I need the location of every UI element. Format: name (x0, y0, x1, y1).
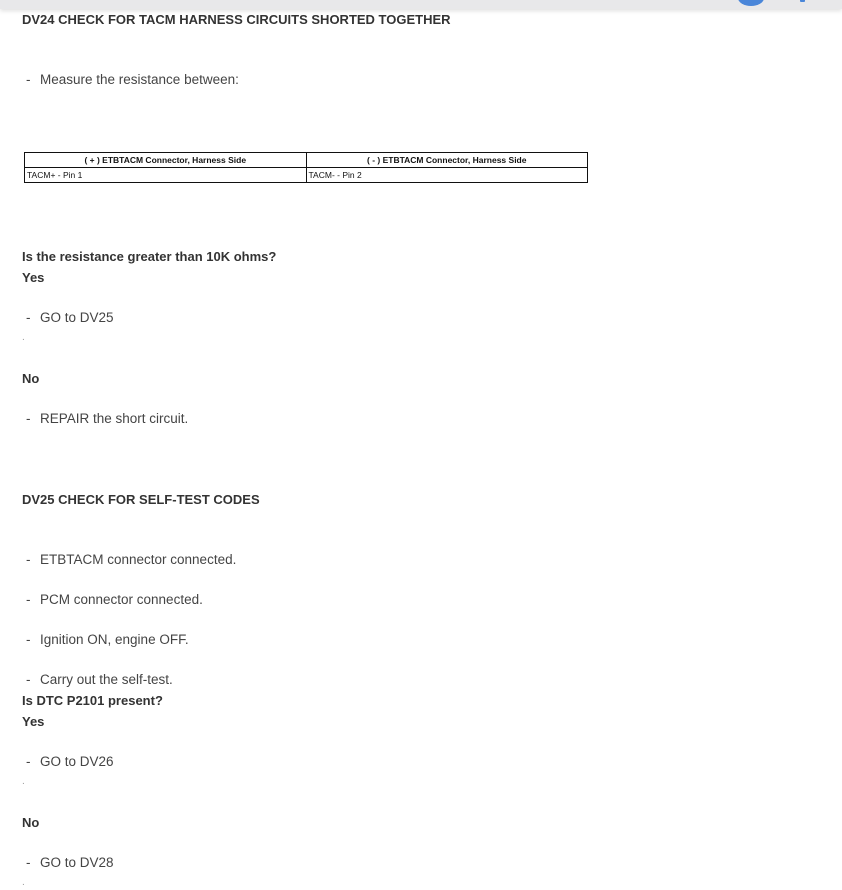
instruction-text: Measure the resistance between: (40, 72, 239, 87)
bullet-dash: - (26, 632, 40, 647)
yes-label-dv24: Yes (22, 270, 44, 285)
table-header-positive: ( + ) ETBTACM Connector, Harness Side (25, 153, 307, 168)
separator-dot: . (22, 877, 25, 888)
table-header-negative: ( - ) ETBTACM Connector, Harness Side (306, 153, 588, 168)
bullet-dash: - (26, 754, 40, 769)
section-title-dv24: DV24 CHECK FOR TACM HARNESS CIRCUITS SHO… (22, 12, 451, 27)
no-action-text: REPAIR the short circuit. (40, 411, 188, 426)
step-item: -ETBTACM connector connected. (26, 552, 236, 567)
separator-dot: . (22, 332, 25, 343)
table-cell-positive-pin: TACM+ - Pin 1 (25, 168, 307, 183)
bullet-dash: - (26, 310, 40, 325)
no-action-text: GO to DV28 (40, 855, 114, 870)
step-item: -Ignition ON, engine OFF. (26, 632, 189, 647)
bullet-dash: - (26, 855, 40, 870)
question-dv25: Is DTC P2101 present? (22, 693, 163, 708)
bullet-dash: - (26, 552, 40, 567)
step-item: -PCM connector connected. (26, 592, 203, 607)
step-text: ETBTACM connector connected. (40, 552, 236, 567)
question-dv24: Is the resistance greater than 10K ohms? (22, 249, 276, 264)
bullet-dash: - (26, 72, 40, 87)
bullet-dash: - (26, 592, 40, 607)
step-text: PCM connector connected. (40, 592, 203, 607)
table-header-row: ( + ) ETBTACM Connector, Harness Side ( … (25, 153, 588, 168)
browser-toolbar (0, 0, 842, 9)
connector-table: ( + ) ETBTACM Connector, Harness Side ( … (24, 152, 588, 183)
no-action-dv24: -REPAIR the short circuit. (26, 411, 188, 426)
bullet-dash: - (26, 672, 40, 687)
yes-action-dv25: -GO to DV26 (26, 754, 114, 769)
yes-action-text: GO to DV26 (40, 754, 114, 769)
table-cell-negative-pin: TACM- - Pin 2 (306, 168, 588, 183)
section-title-dv25: DV25 CHECK FOR SELF-TEST CODES (22, 492, 260, 507)
menu-icon[interactable] (800, 0, 805, 2)
separator-dot: . (22, 776, 25, 787)
step-item: -Carry out the self-test. (26, 672, 173, 687)
step-text: Carry out the self-test. (40, 672, 173, 687)
yes-action-text: GO to DV25 (40, 310, 114, 325)
no-label-dv25: No (22, 815, 39, 830)
no-label-dv24: No (22, 371, 39, 386)
yes-label-dv25: Yes (22, 714, 44, 729)
table-row: TACM+ - Pin 1 TACM- - Pin 2 (25, 168, 588, 183)
step-text: Ignition ON, engine OFF. (40, 632, 189, 647)
no-action-dv25: -GO to DV28 (26, 855, 114, 870)
yes-action-dv24: -GO to DV25 (26, 310, 114, 325)
bullet-dash: - (26, 411, 40, 426)
instruction-item: -Measure the resistance between: (26, 72, 239, 87)
profile-icon[interactable] (738, 0, 764, 6)
